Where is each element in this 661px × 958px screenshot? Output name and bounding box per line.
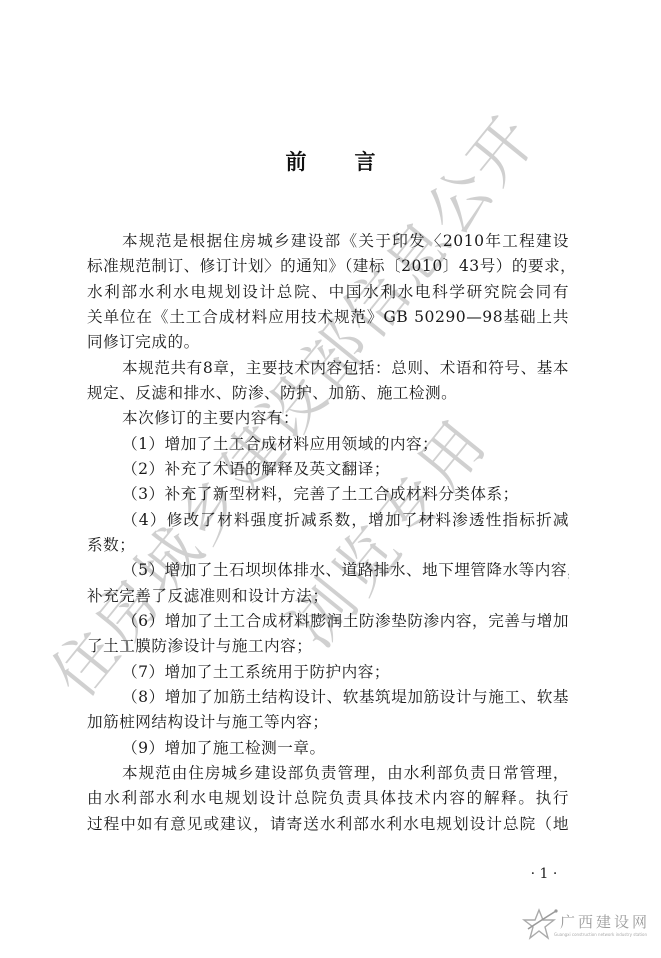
text-line: （7）增加了土工系统用于防护内容； xyxy=(87,660,569,685)
text-line: （6）增加了土工合成材料膨润土防渗垫防渗内容，完善与增加 xyxy=(87,609,569,634)
text-line: 本规范共有8章，主要技术内容包括：总则、术语和符号、基本 xyxy=(87,356,569,381)
text-line: 加筋桩网结构设计与施工等内容； xyxy=(87,710,569,735)
text-line: 本次修订的主要内容有： xyxy=(87,406,569,431)
text-line: （8）增加了加筋土结构设计、软基筑堤加筋设计与施工、软基 xyxy=(87,685,569,710)
text-line: 过程中如有意见或建议，请寄送水利部水利水电规划设计总院（地 xyxy=(87,812,569,837)
star-logo-icon xyxy=(520,907,558,941)
text-line: （2）补充了术语的解释及英文翻译； xyxy=(87,457,569,482)
text-line: 关单位在《土工合成材料应用技术规范》GB 50290—98基础上共 xyxy=(87,305,569,330)
text-line: （1）增加了土工合成材料应用领域的内容； xyxy=(87,432,569,457)
logo-subtitle: Guangxi construction network industry st… xyxy=(554,932,647,937)
text-line: 系数； xyxy=(87,533,569,558)
text-line: 标准规范制订、修订计划〉的通知》（建标〔2010〕43号）的要求，由 xyxy=(87,254,569,279)
text-line: 规定、反滤和排水、防渗、防护、加筋、施工检测。 xyxy=(87,381,569,406)
text-line: 同修订完成的。 xyxy=(87,330,569,355)
text-line: （9）增加了施工检测一章。 xyxy=(87,736,569,761)
text-line: （4）修改了材料强度折减系数，增加了材料渗透性指标折减 xyxy=(87,508,569,533)
text-line: （3）补充了新型材料，完善了土工合成材料分类体系； xyxy=(87,482,569,507)
logo-text: 广西建设网 xyxy=(560,911,650,932)
text-line: 水利部水利水电规划设计总院、中国水利水电科学研究院会同有 xyxy=(87,280,569,305)
text-line: 本规范是根据住房城乡建设部《关于印发〈2010年工程建设 xyxy=(87,229,569,254)
page-number: · 1 · xyxy=(522,864,566,884)
document-page: 住房城乡建设部信息公开 浏览专用 前言 本规范是根据住房城乡建设部《关于印发〈2… xyxy=(0,0,661,958)
page-title: 前言 xyxy=(0,148,661,176)
text-line: （5）增加了土石坝坝体排水、道路排水、地下埋管降水等内容， xyxy=(87,558,569,583)
document-body: 本规范是根据住房城乡建设部《关于印发〈2010年工程建设标准规范制订、修订计划〉… xyxy=(87,229,569,837)
text-line: 由水利部水利水电规划设计总院负责具体技术内容的解释。执行 xyxy=(87,786,569,811)
site-logo: 广西建设网 Guangxi construction network indus… xyxy=(520,905,661,950)
text-line: 本规范由住房城乡建设部负责管理，由水利部负责日常管理， xyxy=(87,761,569,786)
text-line: 补充完善了反滤准则和设计方法； xyxy=(87,584,569,609)
text-line: 了土工膜防渗设计与施工内容； xyxy=(87,634,569,659)
